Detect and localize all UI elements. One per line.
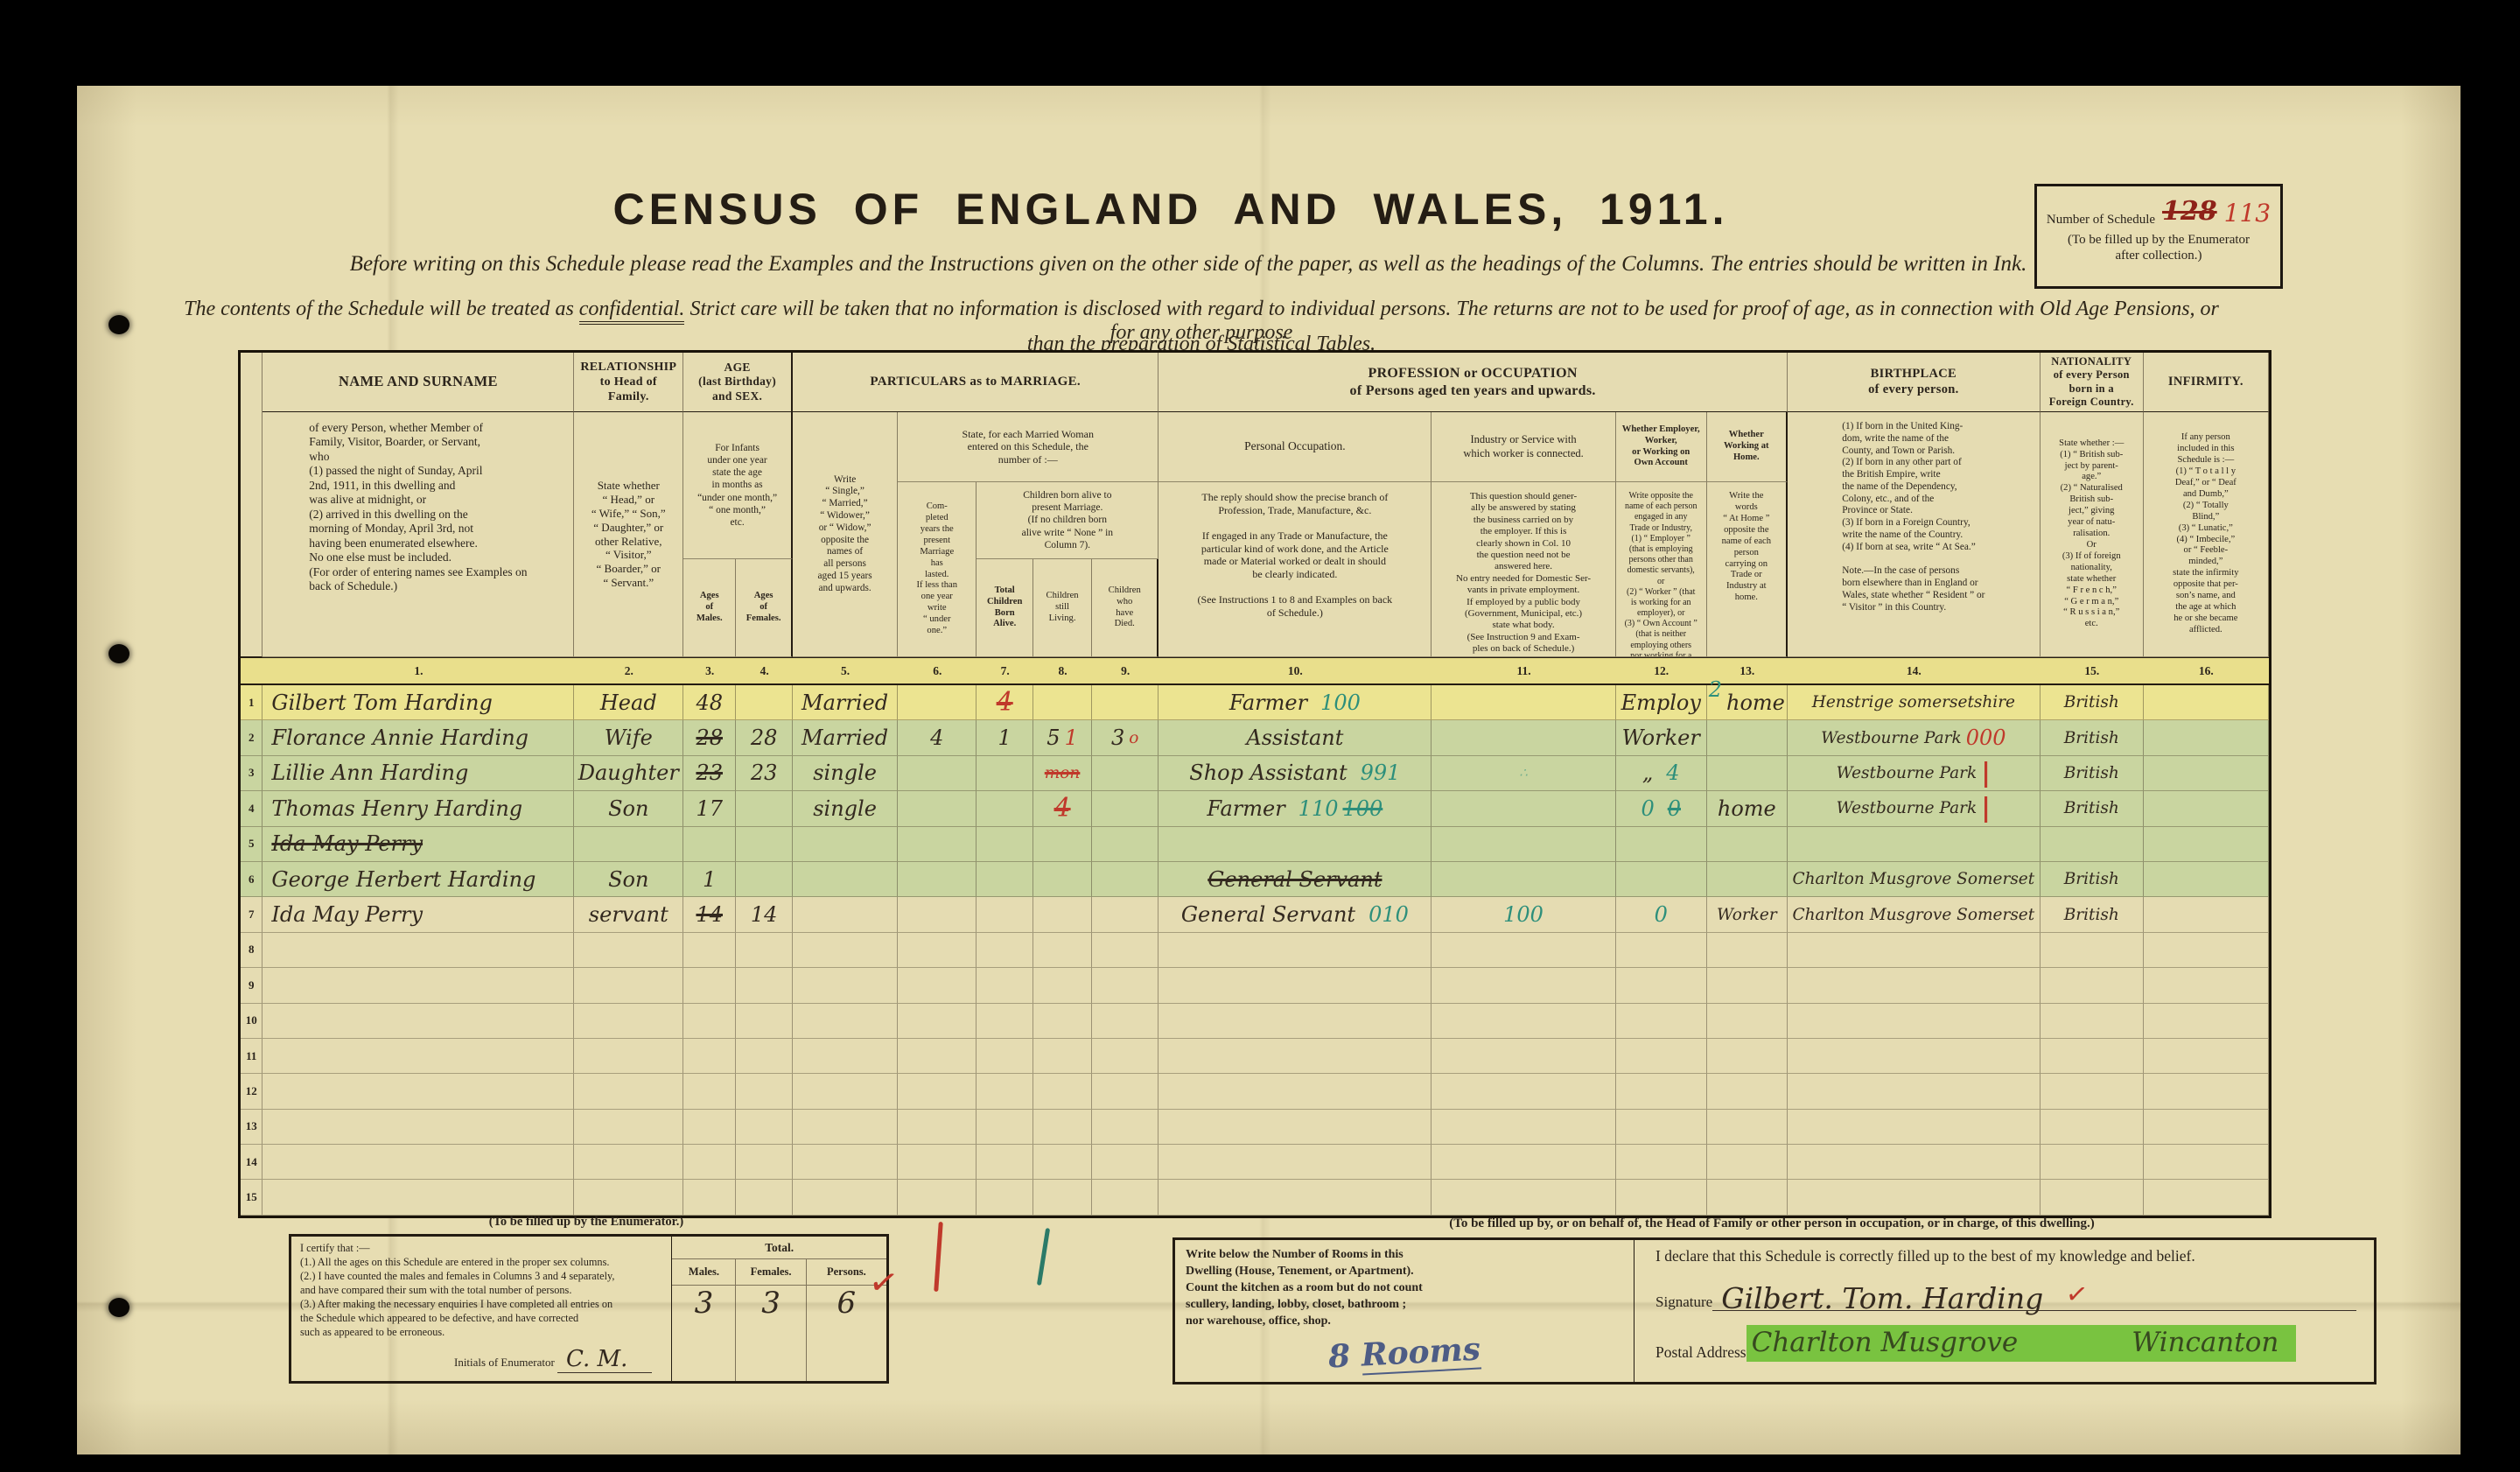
cell-row9-c7: [976, 968, 1033, 1003]
cell-row5-name: Ida May Perry: [262, 827, 574, 862]
header-age-infants-note: For Infants under one year state the age…: [683, 412, 793, 559]
cell-row15-c10: [1158, 1180, 1431, 1215]
header-name-desc: of every Person, whether Member of Famil…: [262, 412, 574, 657]
cell-row5-f: [736, 827, 793, 862]
cell-row13-c7: [976, 1110, 1033, 1145]
header-ages-females: Ages of Females.: [736, 559, 793, 657]
cell-row1-c12: Employ: [1616, 685, 1707, 720]
handwriting-entry: British: [2064, 799, 2119, 817]
cell-row4-c16: [2144, 791, 2269, 826]
cell-row9-c14: [1788, 968, 2040, 1003]
cell-row6-c8: [1033, 862, 1092, 897]
handwriting-entry: |: [1981, 793, 1991, 824]
cell-row14-rel: [574, 1145, 683, 1180]
handwriting-entry: |: [1981, 758, 1991, 789]
rooms-number: 8: [1327, 1338, 1351, 1376]
row-number: 13: [241, 1110, 262, 1145]
cell-row12-c16: [2144, 1074, 2269, 1109]
cell-row10-c15: [2040, 1004, 2144, 1039]
cell-row4-c11: [1431, 791, 1615, 826]
cell-row5-c14: [1788, 827, 2040, 862]
handwriting-entry: Thomas Henry Harding: [271, 796, 522, 821]
handwriting-entry: British: [2064, 906, 2119, 924]
header-industry: Industry or Service with which worker is…: [1431, 412, 1615, 482]
cell-row3-c10: Shop Assistant991: [1158, 756, 1431, 791]
cell-row8-rel: [574, 933, 683, 968]
cell-row6-c14: Charlton Musgrove Somerset: [1788, 862, 2040, 897]
cell-row12-m: [683, 1074, 736, 1109]
row-number: 5: [241, 827, 262, 862]
cell-row11-c14: [1788, 1039, 2040, 1074]
cell-row6-f: [736, 862, 793, 897]
header-birthplace: BIRTHPLACE of every person.: [1788, 353, 2040, 412]
enumerator-box: I certify that :— (1.) All the ages on t…: [289, 1234, 889, 1384]
cell-row8-c12: [1616, 933, 1707, 968]
handwriting-entry: Worker: [1717, 906, 1777, 924]
col-number-6: 6.: [898, 657, 976, 685]
cell-row10-rel: [574, 1004, 683, 1039]
cell-row6-name: George Herbert Harding: [262, 862, 574, 897]
cell-row8-c14: [1788, 933, 2040, 968]
rooms-word: Rooms: [1361, 1331, 1481, 1376]
cell-row3-c12: „4: [1616, 756, 1707, 791]
handwriting-entry: 4: [1666, 761, 1679, 785]
cell-row15-rel: [574, 1180, 683, 1215]
col-number-7: 7.: [976, 657, 1033, 685]
cell-row8-f: [736, 933, 793, 968]
handwriting-entry: Florance Annie Harding: [271, 725, 528, 750]
cell-row8-c7: [976, 933, 1033, 968]
schedule-number-note: (To be filled up by the Enumerator after…: [2044, 232, 2273, 265]
postal-address-part1: Charlton Musgrove: [1752, 1327, 2019, 1358]
totals-table: Total. Males. Females. Persons. 3 3 6: [671, 1237, 886, 1381]
handwriting-entry: British: [2064, 729, 2119, 747]
handwriting-entry: Ida May Perry: [271, 831, 423, 856]
handwriting-entry: 4: [997, 687, 1013, 718]
cell-row2-c11: [1431, 720, 1615, 755]
cell-row9-f: [736, 968, 793, 1003]
handwriting-entry: Charlton Musgrove Somerset: [1792, 906, 2034, 924]
handwriting-entry: 0: [1641, 796, 1654, 821]
cell-row13-c10: [1158, 1110, 1431, 1145]
cell-row1-c9: [1092, 685, 1158, 720]
cell-row11-c12: [1616, 1039, 1707, 1074]
cell-row1-c6: [898, 685, 976, 720]
cell-row12-c5: [793, 1074, 898, 1109]
cell-row14-c16: [2144, 1145, 2269, 1180]
red-tally-stroke: [934, 1222, 943, 1292]
handwriting-entry: 1: [703, 867, 716, 892]
handwriting-entry: servant: [589, 902, 668, 927]
cell-row15-c8: [1033, 1180, 1092, 1215]
cell-row7-c6: [898, 897, 976, 932]
cell-row6-c16: [2144, 862, 2269, 897]
cell-row3-c14: Westbourne Park|: [1788, 756, 2040, 791]
handwriting-entry: Wife: [605, 725, 653, 750]
enumerator-certify: I certify that :— (1.) All the ages on t…: [291, 1237, 671, 1381]
cell-row9-c12: [1616, 968, 1707, 1003]
cell-row10-c6: [898, 1004, 976, 1039]
cell-row14-m: [683, 1145, 736, 1180]
cell-row10-name: [262, 1004, 574, 1039]
cell-row1-rel: Head: [574, 685, 683, 720]
hole-punch: [108, 315, 129, 334]
handwriting-entry: 28: [751, 725, 778, 750]
cell-row1-c15: British: [2040, 685, 2144, 720]
cell-row2-c6: 4: [898, 720, 976, 755]
cell-row14-name: [262, 1145, 574, 1180]
cell-row1-m: 48: [683, 685, 736, 720]
cell-row1-c10: Farmer100: [1158, 685, 1431, 720]
cell-row5-c15: [2040, 827, 2144, 862]
cell-row1-c13: 2home: [1707, 685, 1788, 720]
cell-row11-c16: [2144, 1039, 2269, 1074]
cell-row9-c16: [2144, 968, 2269, 1003]
cell-row14-c7: [976, 1145, 1033, 1180]
cell-row6-c7: [976, 862, 1033, 897]
handwriting-entry: 3: [1111, 725, 1124, 750]
cell-row10-c5: [793, 1004, 898, 1039]
cell-row8-c13: [1707, 933, 1788, 968]
header-children-living: Children still Living.: [1033, 559, 1092, 657]
cell-row6-c15: British: [2040, 862, 2144, 897]
cell-row4-c5: single: [793, 791, 898, 826]
cell-row3-c6: [898, 756, 976, 791]
handwriting-entry: 28: [696, 725, 723, 750]
cell-row14-f: [736, 1145, 793, 1180]
handwriting-entry: Westbourne Park: [1821, 729, 1962, 747]
cell-row13-c9: [1092, 1110, 1158, 1145]
census-scan-stage: CENSUS OF ENGLAND AND WALES, 1911. Befor…: [0, 0, 2520, 1472]
cell-row1-c7: 4: [976, 685, 1033, 720]
census-schedule-paper: CENSUS OF ENGLAND AND WALES, 1911. Befor…: [77, 86, 2460, 1454]
header-children-banner: Children born alive to present Marriage.…: [976, 482, 1158, 559]
handwriting-entry: 23: [696, 761, 723, 785]
handwriting-entry: Head: [600, 690, 657, 715]
cell-row14-c8: [1033, 1145, 1092, 1180]
header-nationality-desc: State whether :— (1) “ British sub- ject…: [2040, 412, 2144, 657]
handwriting-entry: 991: [1361, 761, 1401, 785]
cell-row9-c5: [793, 968, 898, 1003]
cell-row6-c11: [1431, 862, 1615, 897]
cell-row12-c15: [2040, 1074, 2144, 1109]
cell-row15-c9: [1092, 1180, 1158, 1215]
handwriting-entry: Ida May Perry: [271, 902, 423, 927]
cell-row3-c13: [1707, 756, 1788, 791]
initials-label: Initials of Enumerator: [454, 1356, 555, 1369]
handwriting-entry: 14: [751, 902, 778, 927]
cell-row5-c10: [1158, 827, 1431, 862]
cell-row13-c12: [1616, 1110, 1707, 1145]
handwriting-entry: 000: [1966, 725, 2006, 750]
handwriting-entry: Married: [801, 690, 888, 715]
cell-row9-rel: [574, 968, 683, 1003]
header-marriage-section: PARTICULARS as to MARRIAGE.: [793, 353, 1158, 412]
enumerator-certify-text: I certify that :— (1.) All the ages on t…: [300, 1242, 664, 1340]
cell-row12-c7: [976, 1074, 1033, 1109]
header-profession-section: PROFESSION or OCCUPATION of Persons aged…: [1158, 353, 1788, 412]
cell-row11-rel: [574, 1039, 683, 1074]
cell-row8-c15: [2040, 933, 2144, 968]
header-relationship: RELATIONSHIP to Head of Family.: [574, 353, 683, 412]
declaration-section-heading: (To be filled up by, or on behalf of, th…: [1172, 1216, 2371, 1231]
cell-row13-c14: [1788, 1110, 2040, 1145]
hole-punch: [108, 1298, 129, 1317]
cell-row14-c13: [1707, 1145, 1788, 1180]
rooms-instructions: Write below the Number of Rooms in this …: [1186, 1247, 1623, 1329]
row-number: 10: [241, 1004, 262, 1039]
handwriting-entry: British: [2064, 870, 2119, 888]
postal-address-part2: Wincanton: [2131, 1327, 2278, 1358]
signature-handwriting: Gilbert. Tom. Harding: [1721, 1281, 2043, 1315]
cell-row10-c11: [1431, 1004, 1615, 1039]
cell-row15-c16: [2144, 1180, 2269, 1215]
cell-row4-m: 17: [683, 791, 736, 826]
cell-row13-c6: [898, 1110, 976, 1145]
header-industry-desc: This question should gener- ally be answ…: [1431, 482, 1615, 657]
cell-row15-f: [736, 1180, 793, 1215]
cell-row11-c9: [1092, 1039, 1158, 1074]
cell-row12-c12: [1616, 1074, 1707, 1109]
green-tally-stroke: [1037, 1228, 1050, 1286]
handwriting-entry: o: [1129, 729, 1138, 747]
totals-persons-value: 6: [837, 1286, 857, 1321]
handwriting-entry: Henstrige somersetshire: [1812, 693, 2015, 711]
handwriting-entry: 48: [696, 690, 723, 715]
cell-row9-c8: [1033, 968, 1092, 1003]
handwriting-entry: 4: [1054, 793, 1071, 824]
handwriting-entry: British: [2064, 693, 2119, 711]
cell-row9-c15: [2040, 968, 2144, 1003]
handwriting-entry: Employ: [1621, 690, 1701, 715]
cell-row4-f: [736, 791, 793, 826]
totals-males-value: 3: [695, 1286, 714, 1321]
cell-row5-c5: [793, 827, 898, 862]
cell-row15-c12: [1616, 1180, 1707, 1215]
cell-row9-c10: [1158, 968, 1431, 1003]
row-number: 4: [241, 791, 262, 826]
cell-row7-c16: [2144, 897, 2269, 932]
handwriting-entry: 100: [1320, 690, 1361, 715]
cell-row9-name: [262, 968, 574, 1003]
form-intro-line: Before writing on this Schedule please r…: [269, 252, 2107, 277]
cell-row13-c8: [1033, 1110, 1092, 1145]
handwriting-entry: 110: [1298, 796, 1339, 821]
cell-row9-m: [683, 968, 736, 1003]
handwriting-entry: General Servant: [1181, 902, 1355, 927]
handwriting-entry: Worker: [1622, 725, 1700, 750]
col-number-5: 5.: [793, 657, 898, 685]
handwriting-entry: Westbourne Park: [1837, 764, 1977, 782]
cell-row3-rel: Daughter: [574, 756, 683, 791]
cell-row7-m: 14: [683, 897, 736, 932]
cell-row5-c9: [1092, 827, 1158, 862]
header-years-married: Com- pleted years the present Marriage h…: [898, 482, 976, 657]
cell-row4-c13: home: [1707, 791, 1788, 826]
cell-row10-c13: [1707, 1004, 1788, 1039]
cell-row7-c9: [1092, 897, 1158, 932]
col-number-15: 15.: [2040, 657, 2144, 685]
header-name: NAME AND SURNAME: [262, 353, 574, 412]
cell-row7-c8: [1033, 897, 1092, 932]
totals-header: Total.: [672, 1237, 886, 1259]
cell-row12-c6: [898, 1074, 976, 1109]
cell-row4-c9: [1092, 791, 1158, 826]
cell-row12-c8: [1033, 1074, 1092, 1109]
cell-row4-c12: 00: [1616, 791, 1707, 826]
handwriting-entry: 0: [1668, 796, 1681, 821]
handwriting-entry: 100: [1342, 796, 1382, 821]
cell-row10-c10: [1158, 1004, 1431, 1039]
handwriting-entry: Married: [801, 725, 888, 750]
handwriting-entry: home: [1718, 796, 1776, 821]
cell-row4-rel: Son: [574, 791, 683, 826]
col-number-9: 9.: [1092, 657, 1158, 685]
header-married-woman-banner: State, for each Married Woman entered on…: [898, 412, 1158, 482]
header-infirmity: INFIRMITY.: [2144, 353, 2269, 412]
handwriting-entry: 1: [1065, 725, 1078, 750]
postal-address-highlight: Charlton Musgrove Wincanton: [1746, 1325, 2297, 1362]
handwriting-entry: Assistant: [1246, 725, 1343, 750]
cell-row12-f: [736, 1074, 793, 1109]
confidential-underlined: confidential.: [579, 298, 685, 325]
cell-row15-c6: [898, 1180, 976, 1215]
cell-row11-c10: [1158, 1039, 1431, 1074]
cell-row1-f: [736, 685, 793, 720]
col-number-8: 8.: [1033, 657, 1092, 685]
cell-row9-c9: [1092, 968, 1158, 1003]
handwriting-entry: Daughter: [578, 761, 679, 785]
schedule-number-box: Number of Schedule 128 113 (To be filled…: [2034, 184, 2283, 289]
cell-row14-c10: [1158, 1145, 1431, 1180]
cell-row14-c9: [1092, 1145, 1158, 1180]
header-children-born: Total Children Born Alive.: [976, 559, 1033, 657]
cell-row7-c7: [976, 897, 1033, 932]
handwriting-entry: Farmer: [1207, 796, 1284, 821]
handwriting-entry: ∴: [1519, 765, 1528, 781]
handwriting-entry: 14: [696, 902, 723, 927]
row-number: 11: [241, 1039, 262, 1074]
cell-row11-c6: [898, 1039, 976, 1074]
cell-row1-c14: Henstrige somersetshire: [1788, 685, 2040, 720]
cell-row15-c13: [1707, 1180, 1788, 1215]
cell-row3-c7: [976, 756, 1033, 791]
cell-row5-rel: [574, 827, 683, 862]
cell-row8-c16: [2144, 933, 2269, 968]
cell-row1-c8: [1033, 685, 1092, 720]
schedule-number-new-handwriting: 113: [2224, 198, 2271, 228]
handwriting-entry: Farmer: [1229, 690, 1307, 715]
cell-row14-c15: [2040, 1145, 2144, 1180]
cell-row1-name: Gilbert Tom Harding: [262, 685, 574, 720]
cell-row12-name: [262, 1074, 574, 1109]
cell-row1-c16: [2144, 685, 2269, 720]
cell-row2-c8: 51: [1033, 720, 1092, 755]
cell-row13-c15: [2040, 1110, 2144, 1145]
handwriting-entry: 23: [751, 761, 778, 785]
handwriting-entry: 010: [1368, 902, 1409, 927]
handwriting-entry: Gilbert Tom Harding: [271, 690, 492, 715]
hole-punch: [108, 644, 129, 663]
cell-row2-c15: British: [2040, 720, 2144, 755]
cell-row6-c6: [898, 862, 976, 897]
col-number-10: 10.: [1158, 657, 1431, 685]
row-number: 15: [241, 1180, 262, 1215]
cell-row9-c13: [1707, 968, 1788, 1003]
rooms-count-handwriting: 8 Rooms: [1327, 1328, 1481, 1379]
enumerator-section-heading: (To be filled up by the Enumerator.): [289, 1215, 884, 1230]
cell-row8-c9: [1092, 933, 1158, 968]
col-number-14: 14.: [1788, 657, 2040, 685]
declaration-area: I declare that this Schedule is correctl…: [1634, 1240, 2374, 1382]
col-number-16: 16.: [2144, 657, 2269, 685]
col-number-3: 3.: [683, 657, 736, 685]
header-children-died: Children who have Died.: [1092, 559, 1158, 657]
cell-row15-c11: [1431, 1180, 1615, 1215]
cell-row4-c7: [976, 791, 1033, 826]
cell-row13-f: [736, 1110, 793, 1145]
cell-row4-c8: 4: [1033, 791, 1092, 826]
cell-row6-rel: Son: [574, 862, 683, 897]
cell-row13-name: [262, 1110, 574, 1145]
row-number-column-header: [241, 353, 262, 657]
handwriting-entry: Charlton Musgrove Somerset: [1792, 870, 2034, 888]
header-age-sex: AGE (last Birthday) and SEX.: [683, 353, 793, 412]
handwriting-entry: mon: [1045, 764, 1081, 782]
cell-row14-c6: [898, 1145, 976, 1180]
row-number: 2: [241, 720, 262, 755]
cell-row14-c14: [1788, 1145, 2040, 1180]
cell-row3-c16: [2144, 756, 2269, 791]
signature-red-check: ✓: [2064, 1278, 2090, 1311]
red-check-mark: ✓: [865, 1260, 901, 1305]
row-number: 14: [241, 1145, 262, 1180]
cell-row14-c12: [1616, 1145, 1707, 1180]
handwriting-entry: 0: [1655, 902, 1668, 927]
cell-row3-f: 23: [736, 756, 793, 791]
form-title: CENSUS OF ENGLAND AND WALES, 1911.: [339, 184, 2002, 235]
cell-row12-c11: [1431, 1074, 1615, 1109]
cell-row2-name: Florance Annie Harding: [262, 720, 574, 755]
header-employer-worker-desc: Write opposite the name of each person e…: [1616, 482, 1707, 657]
cell-row6-m: 1: [683, 862, 736, 897]
cell-row11-m: [683, 1039, 736, 1074]
cell-row15-c15: [2040, 1180, 2144, 1215]
cell-row8-c10: [1158, 933, 1431, 968]
cell-row4-c6: [898, 791, 976, 826]
cell-row11-name: [262, 1039, 574, 1074]
cell-row2-c14: Westbourne Park000: [1788, 720, 2040, 755]
handwriting-entry: Shop Assistant: [1189, 761, 1347, 785]
cell-row3-c15: British: [2040, 756, 2144, 791]
cell-row13-c11: [1431, 1110, 1615, 1145]
handwriting-entry: 4: [930, 725, 943, 750]
cell-row8-name: [262, 933, 574, 968]
cell-row1-c5: Married: [793, 685, 898, 720]
cell-row2-c16: [2144, 720, 2269, 755]
cell-row12-c13: [1707, 1074, 1788, 1109]
row-number: 9: [241, 968, 262, 1003]
rooms-box: Write below the Number of Rooms in this …: [1175, 1240, 1634, 1382]
cell-row6-c9: [1092, 862, 1158, 897]
cell-row4-c15: British: [2040, 791, 2144, 826]
header-relationship-desc: State whether “ Head,” or “ Wife,” “ Son…: [574, 412, 683, 657]
header-ages-males: Ages of Males.: [683, 559, 736, 657]
cell-row13-c5: [793, 1110, 898, 1145]
cell-row11-c13: [1707, 1039, 1788, 1074]
col-number-blank: [241, 657, 262, 685]
cell-row11-c5: [793, 1039, 898, 1074]
